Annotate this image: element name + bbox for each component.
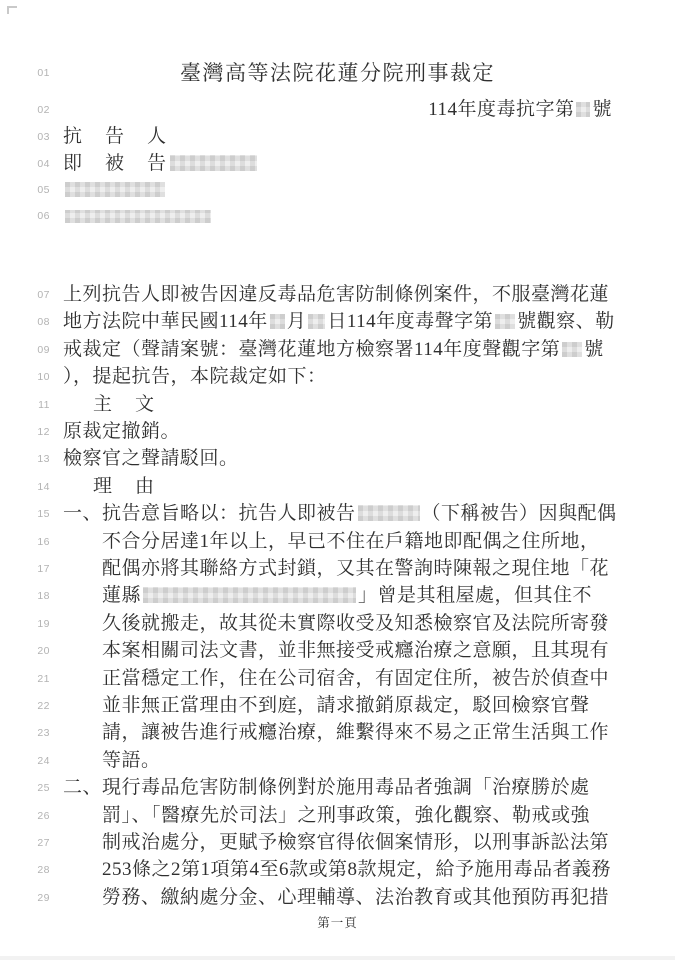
text-segment: 即 被 告 <box>63 153 168 174</box>
page-bottom-edge <box>0 956 675 960</box>
text-segment: 253條之2第1項第4至6款或第8款規定，給予施用毒品者義務 <box>102 859 611 880</box>
redaction-block <box>65 182 165 197</box>
text-segment: ），提起抗告，本院裁定如下： <box>63 366 327 387</box>
text-segment: 臺灣高等法院花蓮分院刑事裁定 <box>180 61 495 85</box>
line-text: 114年度毒抗字第號 <box>63 97 612 123</box>
line-number: 22 <box>16 700 50 712</box>
line-number: 04 <box>16 158 50 170</box>
line-number: 06 <box>16 210 50 222</box>
line-text: 一、抗告意旨略以：抗告人即被告（下稱被告）因與配偶 <box>63 501 619 527</box>
line-number: 07 <box>16 289 50 301</box>
line-number: 20 <box>16 645 50 657</box>
document-line-06: 06 <box>0 203 675 229</box>
line-number: 18 <box>16 590 50 602</box>
text-segment: 戒裁定（聲請案號：臺灣花蓮地方檢察署114年度聲觀字第 <box>63 339 560 360</box>
text-segment: 理 由 <box>93 476 156 497</box>
document-line-22: 22並非無正當理由不到庭，請求撤銷原裁定，駁回檢察官聲 <box>0 693 675 719</box>
line-number: 19 <box>16 618 50 630</box>
text-segment: 本案相關司法文書，並非無接受戒癮治療之意願，且其現有 <box>102 640 609 661</box>
line-text <box>63 203 619 229</box>
document-line-03: 03抗 告 人 <box>0 124 675 150</box>
document-line-29: 29勞務、繳納處分金、心理輔導、法治教育或其他預防再犯措 <box>0 885 675 911</box>
text-segment: 久後就搬走，故其從未實際收受及知悉檢察官及法院所寄發 <box>102 613 609 634</box>
document-line-04: 04即 被 告 <box>0 151 675 177</box>
document-line-16: 16不合分居達1年以上，早已不住在戶籍地即配偶之住所地， <box>0 529 675 555</box>
redaction-block <box>270 314 285 329</box>
document-line-24: 24等語。 <box>0 748 675 774</box>
text-segment: 一、抗告意旨略以：抗告人即被告 <box>63 503 356 524</box>
redaction-block <box>562 342 582 357</box>
corner-crop-mark <box>7 6 17 14</box>
document-page: 01臺灣高等法院花蓮分院刑事裁定02114年度毒抗字第號03抗 告 人04即 被… <box>0 0 675 960</box>
line-text: 罰」、「醫療先於司法」之刑事政策，強化觀察、勒戒或強 <box>63 803 619 829</box>
line-number: 05 <box>16 184 50 196</box>
document-line-17: 17配偶亦將其聯絡方式封鎖，又其在警詢時陳報之現住地「花 <box>0 556 675 582</box>
text-segment: 號觀察、勒 <box>517 311 615 332</box>
document-title: 臺灣高等法院花蓮分院刑事裁定 <box>60 60 615 86</box>
text-segment: 配偶亦將其聯絡方式封鎖，又其在警詢時陳報之現住地「花 <box>102 558 609 579</box>
document-line-11: 11主 文 <box>0 392 675 418</box>
redaction-block <box>495 314 515 329</box>
line-number: 13 <box>16 453 50 465</box>
line-number: 01 <box>16 67 50 79</box>
document-line-12: 12原裁定撤銷。 <box>0 419 675 445</box>
line-text: 主 文 <box>63 392 619 418</box>
line-number: 28 <box>16 864 50 876</box>
document-line-01: 01臺灣高等法院花蓮分院刑事裁定 <box>0 60 675 86</box>
document-line-14: 14理 由 <box>0 474 675 500</box>
line-text: 地方法院中華民國114年月日114年度毒聲字第號觀察、勒 <box>63 309 619 335</box>
document-line-10: 10），提起抗告，本院裁定如下： <box>0 364 675 390</box>
redaction-block <box>576 102 590 117</box>
text-segment: 號 <box>584 339 604 360</box>
line-text: 本案相關司法文書，並非無接受戒癮治療之意願，且其現有 <box>63 638 619 664</box>
line-text: 正當穩定工作，住在公司宿舍，有固定住所，被告於偵查中 <box>63 666 619 692</box>
document-line-26: 26罰」、「醫療先於司法」之刑事政策，強化觀察、勒戒或強 <box>0 803 675 829</box>
document-line-13: 13檢察官之聲請駁回。 <box>0 446 675 472</box>
line-text: ），提起抗告，本院裁定如下： <box>63 364 619 390</box>
redaction-block <box>170 155 257 171</box>
line-number: 26 <box>16 810 50 822</box>
line-text: 久後就搬走，故其從未實際收受及知悉檢察官及法院所寄發 <box>63 611 619 637</box>
line-number: 10 <box>16 371 50 383</box>
line-text: 抗 告 人 <box>63 124 619 150</box>
document-line-02: 02114年度毒抗字第號 <box>0 97 675 123</box>
redaction-block <box>308 314 325 329</box>
document-line-05: 05 <box>0 177 675 203</box>
document-line-25: 25二、現行毒品危害防制條例對於施用毒品者強調「治療勝於處 <box>0 775 675 801</box>
text-segment: 不合分居達1年以上，早已不住在戶籍地即配偶之住所地， <box>102 531 600 552</box>
line-number: 21 <box>16 673 50 685</box>
line-number: 27 <box>16 837 50 849</box>
line-text: 不合分居達1年以上，早已不住在戶籍地即配偶之住所地， <box>63 529 619 555</box>
document-line-19: 19久後就搬走，故其從未實際收受及知悉檢察官及法院所寄發 <box>0 611 675 637</box>
text-segment: 勞務、繳納處分金、心理輔導、法治教育或其他預防再犯措 <box>102 887 609 908</box>
text-segment: 114年度毒抗字第 <box>428 99 574 120</box>
document-line-15: 15一、抗告意旨略以：抗告人即被告（下稱被告）因與配偶 <box>0 501 675 527</box>
line-text: 勞務、繳納處分金、心理輔導、法治教育或其他預防再犯措 <box>63 885 619 911</box>
document-line-20: 20本案相關司法文書，並非無接受戒癮治療之意願，且其現有 <box>0 638 675 664</box>
line-text <box>63 177 619 203</box>
text-segment: 抗 告 人 <box>63 126 168 147</box>
line-number: 29 <box>16 892 50 904</box>
document-line-18: 18蓮縣」曾是其租屋處，但其住不 <box>0 583 675 609</box>
line-text: 蓮縣」曾是其租屋處，但其住不 <box>63 583 619 609</box>
redaction-block <box>143 587 356 603</box>
document-line-09: 09戒裁定（聲請案號：臺灣花蓮地方檢察署114年度聲觀字第號 <box>0 337 675 363</box>
line-number: 23 <box>16 727 50 739</box>
text-segment: 日114年度毒聲字第 <box>327 311 493 332</box>
line-text: 即 被 告 <box>63 151 619 177</box>
line-text: 二、現行毒品危害防制條例對於施用毒品者強調「治療勝於處 <box>63 775 619 801</box>
redaction-block <box>65 210 211 223</box>
text-segment: 上列抗告人即被告因違反毒品危害防制條例案件，不服臺灣花蓮 <box>63 284 609 305</box>
line-number: 09 <box>16 344 50 356</box>
line-number: 12 <box>16 426 50 438</box>
text-segment: 主 文 <box>93 394 156 415</box>
line-number: 15 <box>16 508 50 520</box>
text-segment: 月 <box>287 311 307 332</box>
line-text: 配偶亦將其聯絡方式封鎖，又其在警詢時陳報之現住地「花 <box>63 556 619 582</box>
text-segment: 正當穩定工作，住在公司宿舍，有固定住所，被告於偵查中 <box>102 668 609 689</box>
line-number: 03 <box>16 131 50 143</box>
line-number: 02 <box>16 104 50 116</box>
text-segment: 等語。 <box>102 750 161 771</box>
document-line-08: 08地方法院中華民國114年月日114年度毒聲字第號觀察、勒 <box>0 309 675 335</box>
line-number: 11 <box>16 399 50 411</box>
line-text: 戒裁定（聲請案號：臺灣花蓮地方檢察署114年度聲觀字第號 <box>63 337 619 363</box>
document-line-27: 27制戒治處分，更賦予檢察官得依個案情形，以刑事訴訟法第 <box>0 830 675 856</box>
text-segment: 二、現行毒品危害防制條例對於施用毒品者強調「治療勝於處 <box>63 777 590 798</box>
text-segment: （下稱被告）因與配偶 <box>422 503 617 524</box>
line-number: 17 <box>16 563 50 575</box>
line-text: 制戒治處分，更賦予檢察官得依個案情形，以刑事訴訟法第 <box>63 830 619 856</box>
line-text: 並非無正當理由不到庭，請求撤銷原裁定，駁回檢察官聲 <box>63 693 619 719</box>
document-line-21: 21正當穩定工作，住在公司宿舍，有固定住所，被告於偵查中 <box>0 666 675 692</box>
line-number: 08 <box>16 316 50 328</box>
line-text: 253條之2第1項第4至6款或第8款規定，給予施用毒品者義務 <box>63 857 619 883</box>
line-text: 原裁定撤銷。 <box>63 419 619 445</box>
page-footer: 第一頁 <box>0 913 675 939</box>
line-text: 等語。 <box>63 748 619 774</box>
document-line-07: 07上列抗告人即被告因違反毒品危害防制條例案件，不服臺灣花蓮 <box>0 282 675 308</box>
text-segment: 號 <box>592 99 612 120</box>
redaction-block <box>358 505 420 521</box>
line-text: 請，讓被告進行戒癮治療，維繫得來不易之正常生活與工作 <box>63 720 619 746</box>
line-number: 25 <box>16 782 50 794</box>
line-number: 24 <box>16 755 50 767</box>
document-line-28: 28253條之2第1項第4至6款或第8款規定，給予施用毒品者義務 <box>0 857 675 883</box>
document-line-23: 23請，讓被告進行戒癮治療，維繫得來不易之正常生活與工作 <box>0 720 675 746</box>
text-segment: 蓮縣 <box>102 585 141 606</box>
line-text: 理 由 <box>63 474 619 500</box>
text-segment: 檢察官之聲請駁回。 <box>63 448 239 469</box>
text-segment: 請，讓被告進行戒癮治療，維繫得來不易之正常生活與工作 <box>102 722 609 743</box>
text-segment: 」曾是其租屋處，但其住不 <box>358 585 592 606</box>
text-segment: 並非無正當理由不到庭，請求撤銷原裁定，駁回檢察官聲 <box>102 695 590 716</box>
text-segment: 地方法院中華民國114年 <box>63 311 268 332</box>
line-number: 14 <box>16 481 50 493</box>
text-segment: 原裁定撤銷。 <box>63 421 180 442</box>
text-segment: 罰」、「醫療先於司法」之刑事政策，強化觀察、勒戒或強 <box>102 805 590 826</box>
text-segment: 制戒治處分，更賦予檢察官得依個案情形，以刑事訴訟法第 <box>102 832 609 853</box>
line-number: 16 <box>16 536 50 548</box>
line-text: 上列抗告人即被告因違反毒品危害防制條例案件，不服臺灣花蓮 <box>63 282 619 308</box>
line-text: 檢察官之聲請駁回。 <box>63 446 619 472</box>
